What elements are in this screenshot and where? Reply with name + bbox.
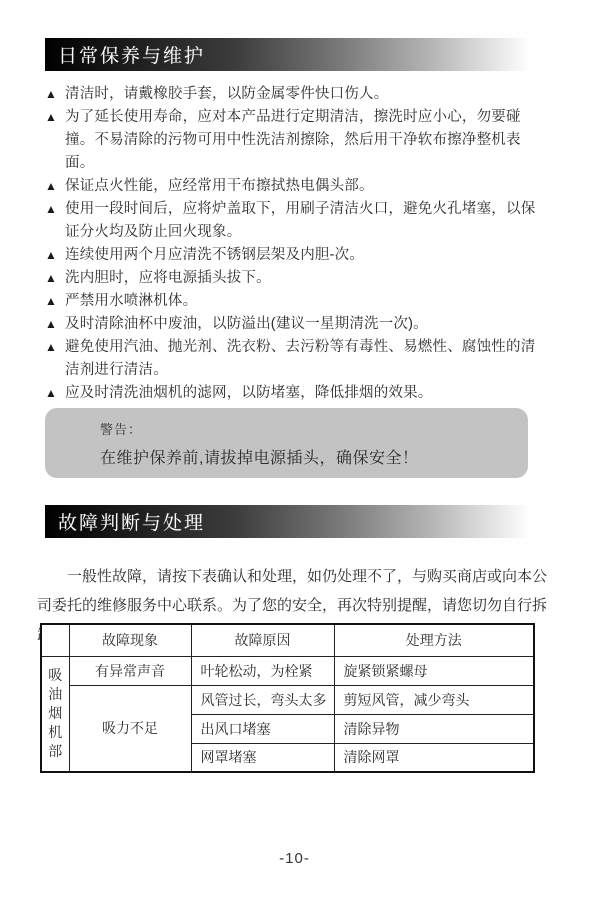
bullet-item: ▲ 清洁时，请戴橡胶手套，以防金属零件快口伤人。	[45, 83, 543, 106]
bullet-text: 严禁用水喷淋机体。	[65, 293, 197, 309]
section-title: 日常保养与维护	[45, 41, 205, 68]
table-header-row: 故障现象 故障原因 处理方法	[41, 624, 534, 656]
warning-text: 在维护保养前,请拔掉电源插头，确保安全！	[100, 445, 508, 468]
bullet-text: 洗内胆时，应将电源插头拔下。	[65, 270, 271, 286]
table-cell-cause: 网罩堵塞	[191, 743, 334, 772]
bullet-item: ▲ 连续使用两个月应清洗不锈钢层架及内胆-次。	[45, 244, 543, 267]
bullet-item: ▲ 应及时清洗油烟机的滤网，以防堵塞，降低排烟的效果。	[45, 382, 543, 405]
table-row: 吸力不足 风管过长，弯头太多 剪短风管，减少弯头	[41, 685, 534, 714]
table-cell-phenomenon: 吸力不足	[69, 685, 191, 772]
group-label-vertical: 吸油烟机部	[47, 666, 63, 761]
table-header-solution: 处理方法	[334, 624, 534, 656]
table-cell-solution: 清除网罩	[334, 743, 534, 772]
bullet-text: 清洁时，请戴橡胶手套，以防金属零件快口伤人。	[65, 86, 388, 102]
bullet-item: ▲ 为了延长使用寿命，应对本产品进行定期清洁，擦洗时应小心，勿要碰撞。不易清除的…	[45, 106, 543, 175]
triangle-bullet-icon: ▲	[45, 313, 57, 336]
bullet-text: 保证点火性能，应经常用干布擦拭热电偶头部。	[65, 178, 374, 194]
page-number: -10-	[0, 850, 589, 867]
table-cell-cause: 叶轮松动，为栓紧	[191, 656, 334, 685]
triangle-bullet-icon: ▲	[45, 244, 57, 267]
bullet-item: ▲ 保证点火性能，应经常用干布擦拭热电偶头部。	[45, 175, 543, 198]
warning-box: 警告： 在维护保养前,请拔掉电源插头，确保安全！	[45, 408, 528, 478]
triangle-bullet-icon: ▲	[45, 290, 57, 313]
bullet-item: ▲ 洗内胆时，应将电源插头拔下。	[45, 267, 543, 290]
table-cell-cause: 出风口堵塞	[191, 714, 334, 743]
bullet-text: 连续使用两个月应清洗不锈钢层架及内胆-次。	[65, 247, 364, 263]
section-header-maintenance: 日常保养与维护	[45, 38, 545, 71]
table-header-cause: 故障原因	[191, 624, 334, 656]
bullet-item: ▲ 使用一段时间后，应将炉盖取下，用刷子清洁火口，避免火孔堵塞，以保证分火均及防…	[45, 198, 543, 244]
warning-label: 警告：	[100, 419, 508, 438]
triangle-bullet-icon: ▲	[45, 267, 57, 290]
bullet-text: 为了延长使用寿命，应对本产品进行定期清洁，擦洗时应小心，勿要碰撞。不易清除的污物…	[65, 109, 521, 171]
table-header-empty	[41, 624, 69, 656]
triangle-bullet-icon: ▲	[45, 336, 57, 359]
table-cell-solution: 旋紧锁紧螺母	[334, 656, 534, 685]
table-cell-cause: 风管过长，弯头太多	[191, 685, 334, 714]
troubleshooting-table: 故障现象 故障原因 处理方法 吸油烟机部 有异常声音 叶轮松动，为栓紧 旋紧锁紧…	[40, 623, 535, 773]
bullet-text: 及时清除油杯中废油，以防溢出(建议一星期清洗一次)。	[65, 316, 428, 332]
table-cell-phenomenon: 有异常声音	[69, 656, 191, 685]
table-row: 吸油烟机部 有异常声音 叶轮松动，为栓紧 旋紧锁紧螺母	[41, 656, 534, 685]
bullet-text: 使用一段时间后，应将炉盖取下，用刷子清洁火口，避免火孔堵塞，以保证分火均及防止回…	[65, 201, 535, 240]
bullet-item: ▲ 严禁用水喷淋机体。	[45, 290, 543, 313]
bullet-text: 应及时清洗油烟机的滤网，以防堵塞，降低排烟的效果。	[65, 385, 433, 401]
triangle-bullet-icon: ▲	[45, 106, 57, 129]
table-header-phenomenon: 故障现象	[69, 624, 191, 656]
table-cell-solution: 剪短风管，减少弯头	[334, 685, 534, 714]
section-title: 故障判断与处理	[45, 508, 205, 535]
maintenance-bullet-list: ▲ 清洁时，请戴橡胶手套，以防金属零件快口伤人。 ▲ 为了延长使用寿命，应对本产…	[45, 83, 543, 405]
bullet-text: 避免使用汽油、抛光剂、洗衣粉、去污粉等有毒性、易燃性、腐蚀性的清洁剂进行清洁。	[65, 339, 535, 378]
table-group-cell: 吸油烟机部	[41, 656, 69, 772]
bullet-item: ▲ 及时清除油杯中废油，以防溢出(建议一星期清洗一次)。	[45, 313, 543, 336]
triangle-bullet-icon: ▲	[45, 198, 57, 221]
bullet-item: ▲ 避免使用汽油、抛光剂、洗衣粉、去污粉等有毒性、易燃性、腐蚀性的清洁剂进行清洁…	[45, 336, 543, 382]
section-header-troubleshooting: 故障判断与处理	[45, 505, 545, 538]
triangle-bullet-icon: ▲	[45, 175, 57, 198]
triangle-bullet-icon: ▲	[45, 382, 57, 405]
table-cell-solution: 清除异物	[334, 714, 534, 743]
triangle-bullet-icon: ▲	[45, 83, 57, 106]
